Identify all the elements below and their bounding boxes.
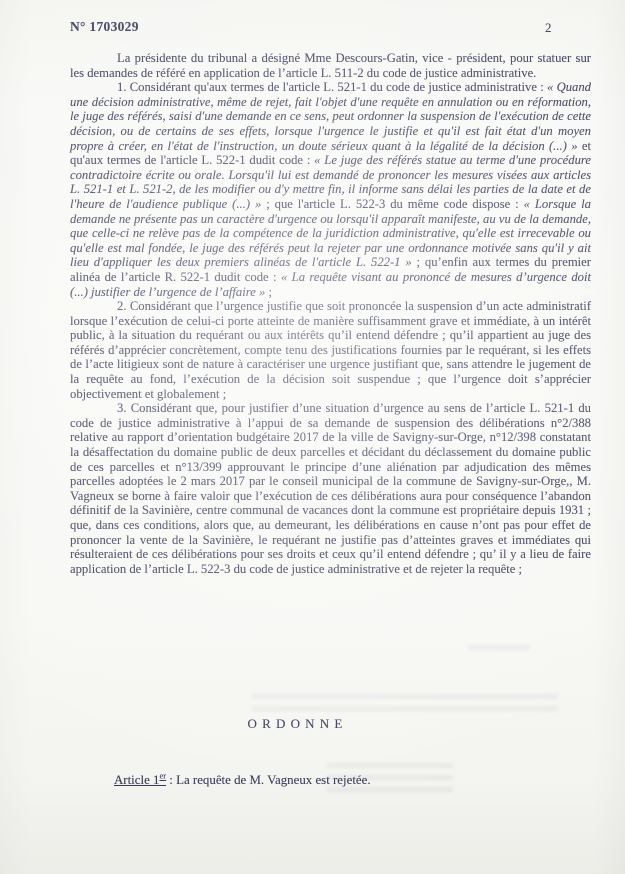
ink-bleedthrough-smudge	[468, 645, 530, 655]
ordonne-heading: ORDONNE	[37, 716, 558, 732]
scanned-page: N° 1703029 2 La présidente du tribunal a…	[0, 0, 625, 874]
considerant-2-paragraph: 2. Considérant que l’urgence justifie qu…	[70, 299, 591, 401]
text-segment: ;	[265, 285, 272, 299]
text-segment: ; que l'article L. 522-3 du même code di…	[261, 197, 523, 211]
case-number: N° 1703029	[70, 19, 139, 35]
document-body: La présidente du tribunal a désigné Mme …	[70, 51, 591, 576]
article-label: Article 1	[114, 773, 159, 787]
page-number: 2	[545, 20, 552, 36]
intro-paragraph: La présidente du tribunal a désigné Mme …	[70, 51, 591, 80]
text-segment: 1. Considérant qu'aux termes de l'articl…	[117, 80, 547, 94]
ink-bleedthrough-smudge	[252, 694, 558, 713]
article-text: : La requête de M. Vagneux est rejetée.	[166, 773, 371, 787]
article-paragraph: Article 1er : La requête de M. Vagneux e…	[70, 773, 591, 788]
considerant-1-paragraph: 1. Considérant qu'aux termes de l'articl…	[70, 80, 591, 299]
considerant-3-paragraph: 3. Considérant que, pour justifier d’une…	[70, 401, 591, 576]
article-reference: Article 1er	[114, 773, 166, 787]
article-line: Article 1er : La requête de M. Vagneux e…	[70, 773, 591, 788]
